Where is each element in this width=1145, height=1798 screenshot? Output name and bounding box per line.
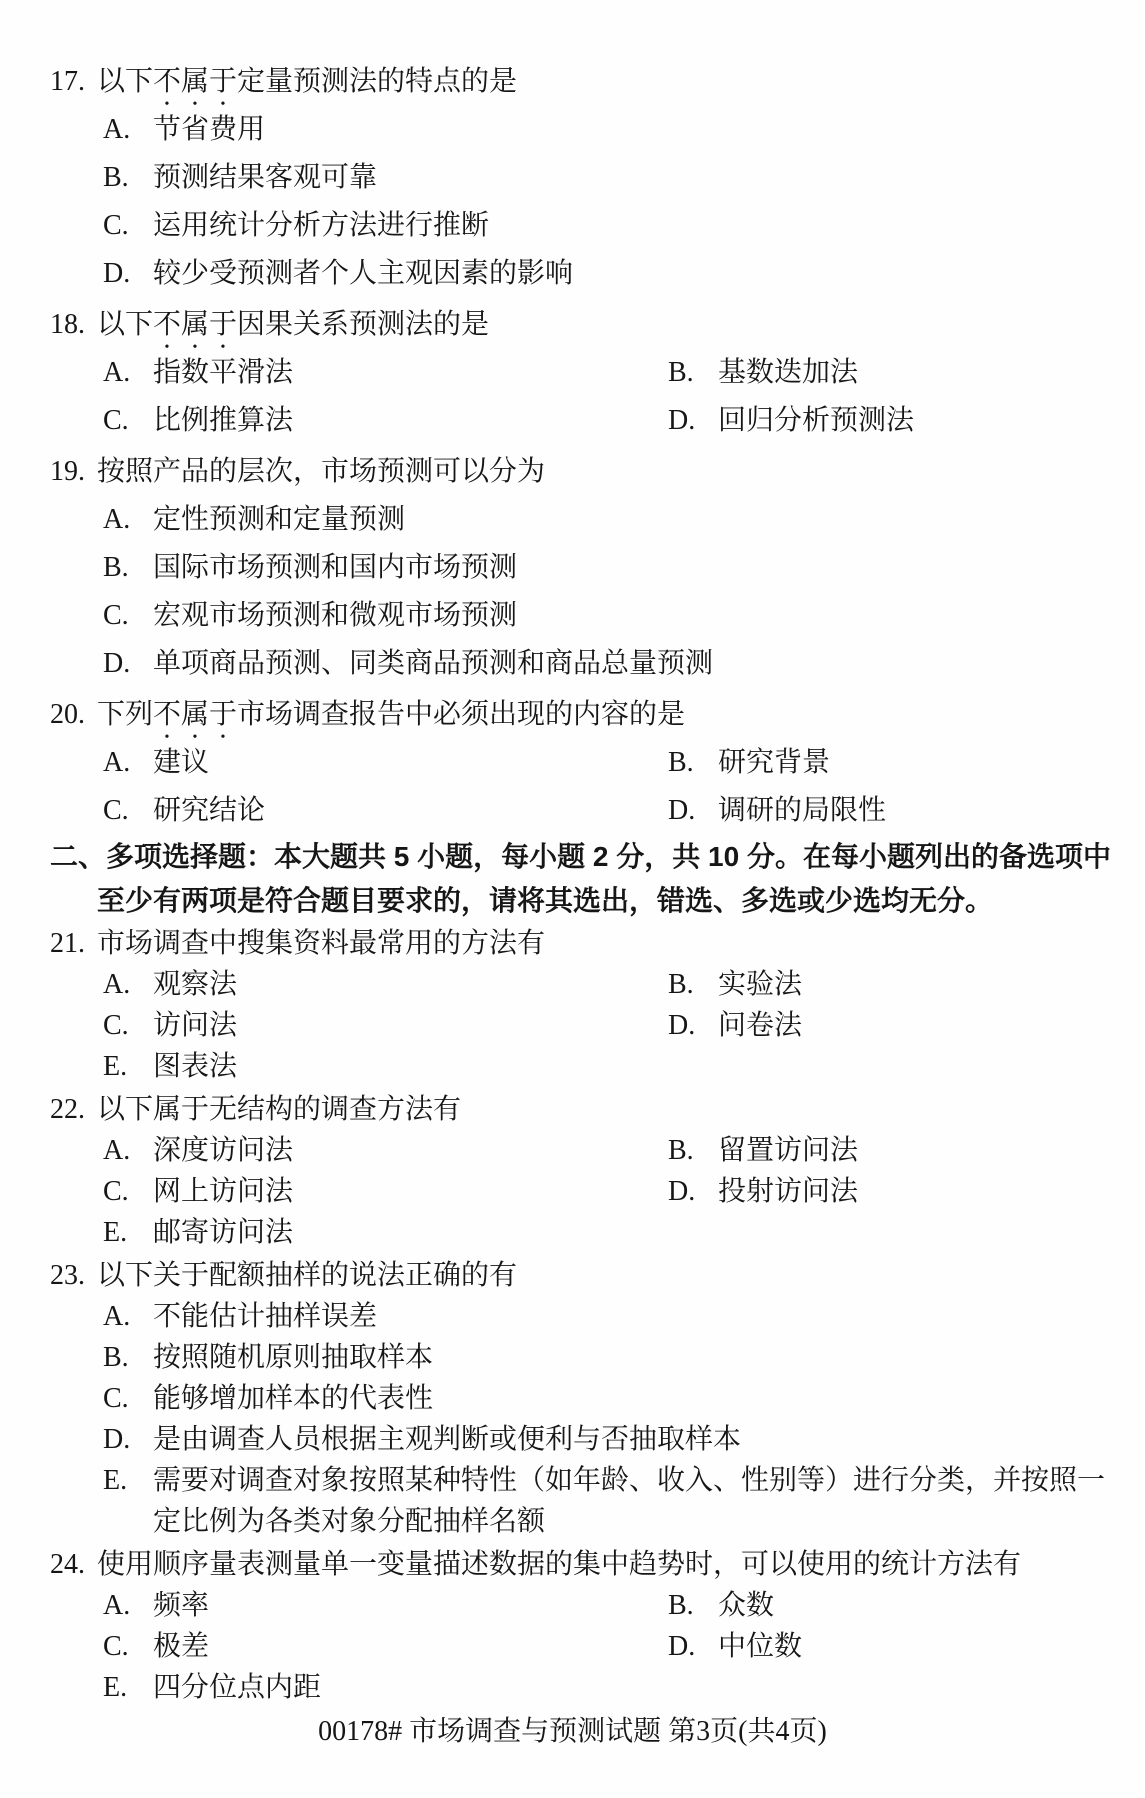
- option-d: D. 单项商品预测、同类商品预测和商品总量预测: [0, 640, 1145, 688]
- option-b: B. 研究背景: [668, 739, 830, 787]
- question-number: 21.: [50, 923, 97, 964]
- option-text: 深度访问法: [153, 1130, 293, 1171]
- question-number: 23.: [50, 1255, 97, 1296]
- option-text: 极差: [153, 1626, 209, 1667]
- option-label: B.: [103, 154, 153, 202]
- option-label: D.: [668, 1005, 718, 1046]
- question-stem-text: 以下不属于定量预测法的特点的是: [97, 58, 517, 112]
- option-text: 邮寄访问法: [153, 1212, 293, 1253]
- option-text: 建议: [153, 739, 209, 787]
- stem-pre: 按照产品的层次，市场预测可以分为: [97, 456, 545, 487]
- option-text: 问卷法: [718, 1005, 802, 1046]
- option-a: A. 频率: [103, 1585, 668, 1626]
- section-2-header-line-1: 二、 多项选择题：本大题共 5 小题，每小题 2 分，共 10 分。在每小题列出…: [0, 835, 1145, 879]
- stem-pre: 以下关于配额抽样的说法正确的有: [97, 1260, 517, 1291]
- option-text: 四分位点内距: [153, 1667, 321, 1708]
- option-b: B. 基数迭加法: [668, 349, 858, 397]
- question-number: 22.: [50, 1089, 97, 1130]
- question-19: 19. 按照产品的层次，市场预测可以分为 A. 定性预测和定量预测 B. 国际市…: [0, 448, 1145, 688]
- option-label: C.: [103, 397, 153, 445]
- option-text: 预测结果客观可靠: [153, 154, 377, 202]
- options-row-ab: A. 指数平滑法 B. 基数迭加法: [0, 349, 1145, 397]
- option-text: 图表法: [153, 1046, 237, 1087]
- option-a: A. 定性预测和定量预测: [0, 496, 1145, 544]
- option-d: D. 是由调查人员根据主观判断或便利与否抽取样本: [0, 1419, 1145, 1460]
- option-label: A.: [103, 739, 153, 787]
- option-text: 网上访问法: [153, 1171, 293, 1212]
- option-label: C.: [103, 1626, 153, 1667]
- option-text: 指数平滑法: [153, 349, 293, 397]
- options-row-cd: C. 比例推算法 D. 回归分析预测法: [0, 397, 1145, 445]
- option-text: 是由调查人员根据主观判断或便利与否抽取样本: [153, 1419, 741, 1460]
- question-20: 20. 下列不属于市场调查报告中必须出现的内容的是 A. 建议 B. 研究背景: [0, 691, 1145, 835]
- option-label: D.: [668, 787, 718, 835]
- option-e: E. 图表法: [0, 1046, 1145, 1087]
- question-19-stem: 19. 按照产品的层次，市场预测可以分为: [0, 448, 1145, 496]
- option-a: A. 深度访问法: [103, 1130, 668, 1171]
- question-18-stem: 18. 以下不属于因果关系预测法的是: [0, 301, 1145, 349]
- question-20-stem: 20. 下列不属于市场调查报告中必须出现的内容的是: [0, 691, 1145, 739]
- option-text: 不能估计抽样误差: [153, 1296, 377, 1337]
- question-stem-text: 市场调查中搜集资料最常用的方法有: [97, 923, 545, 964]
- option-label: A.: [103, 1585, 153, 1626]
- question-18: 18. 以下不属于因果关系预测法的是 A. 指数平滑法 B. 基数迭加法 C.: [0, 301, 1145, 445]
- option-label: E.: [103, 1667, 153, 1708]
- option-c: C. 访问法: [103, 1005, 668, 1046]
- stem-post: 定量预测法的特点的是: [237, 66, 517, 97]
- option-b: B. 按照随机原则抽取样本: [0, 1337, 1145, 1378]
- option-text: 频率: [153, 1585, 209, 1626]
- option-c: C. 运用统计分析方法进行推断: [0, 202, 1145, 250]
- page-footer: 00178# 市场调查与预测试题 第3页(共4页): [0, 1712, 1145, 1752]
- question-22: 22. 以下属于无结构的调查方法有 A. 深度访问法 B. 留置访问法 C.: [0, 1089, 1145, 1253]
- options-row-cd: C. 极差 D. 中位数: [0, 1626, 1145, 1667]
- option-c: C. 宏观市场预测和微观市场预测: [0, 592, 1145, 640]
- option-text: 研究背景: [718, 739, 830, 787]
- option-text: 宏观市场预测和微观市场预测: [153, 592, 517, 640]
- option-text: 较少受预测者个人主观因素的影响: [153, 250, 573, 298]
- option-label: C.: [103, 1378, 153, 1419]
- option-label: E.: [103, 1046, 153, 1087]
- option-label: B.: [668, 1130, 718, 1171]
- options-row-ab: A. 观察法 B. 实验法: [0, 964, 1145, 1005]
- option-label: A.: [103, 496, 153, 544]
- question-number: 17.: [50, 58, 97, 106]
- option-label: A.: [103, 1130, 153, 1171]
- question-stem-text: 以下属于无结构的调查方法有: [97, 1089, 461, 1130]
- option-text: 研究结论: [153, 787, 265, 835]
- question-21-stem: 21. 市场调查中搜集资料最常用的方法有: [0, 923, 1145, 964]
- options-row-cd: C. 网上访问法 D. 投射访问法: [0, 1171, 1145, 1212]
- question-24: 24. 使用顺序量表测量单一变量描述数据的集中趋势时，可以使用的统计方法有 A.…: [0, 1544, 1145, 1708]
- question-22-stem: 22. 以下属于无结构的调查方法有: [0, 1089, 1145, 1130]
- question-stem-text: 以下不属于因果关系预测法的是: [97, 301, 489, 355]
- option-c: C. 极差: [103, 1626, 668, 1667]
- option-e: E. 需要对调查对象按照某种特性（如年龄、收入、性别等）进行分类，并按照一定比例…: [0, 1460, 1145, 1542]
- section-2-label: 二、: [50, 835, 106, 879]
- option-label: B.: [668, 1585, 718, 1626]
- option-a: A. 指数平滑法: [103, 349, 668, 397]
- option-label: C.: [103, 787, 153, 835]
- question-stem-text: 使用顺序量表测量单一变量描述数据的集中趋势时，可以使用的统计方法有: [97, 1544, 1021, 1585]
- question-number: 20.: [50, 691, 97, 739]
- option-text: 回归分析预测法: [718, 397, 914, 445]
- option-label: B.: [668, 964, 718, 1005]
- option-text: 需要对调查对象按照某种特性（如年龄、收入、性别等）进行分类，并按照一定比例为各类…: [153, 1460, 1108, 1542]
- option-label: D.: [103, 250, 153, 298]
- question-number: 24.: [50, 1544, 97, 1585]
- option-text: 中位数: [718, 1626, 802, 1667]
- single-choice-questions-block: 17. 以下不属于定量预测法的特点的是 A. 节省费用 B. 预测结果客观可靠 …: [0, 58, 1145, 835]
- options-row-ab: A. 建议 B. 研究背景: [0, 739, 1145, 787]
- option-label: D.: [103, 640, 153, 688]
- stem-pre: 市场调查中搜集资料最常用的方法有: [97, 928, 545, 959]
- option-text: 比例推算法: [153, 397, 293, 445]
- option-a: A. 建议: [103, 739, 668, 787]
- option-c: C. 能够增加样本的代表性: [0, 1378, 1145, 1419]
- option-c: C. 网上访问法: [103, 1171, 668, 1212]
- option-label: C.: [103, 1171, 153, 1212]
- stem-pre: 下列: [97, 699, 153, 730]
- question-stem-text: 以下关于配额抽样的说法正确的有: [97, 1255, 517, 1296]
- question-23: 23. 以下关于配额抽样的说法正确的有 A. 不能估计抽样误差 B. 按照随机原…: [0, 1255, 1145, 1542]
- option-d: D. 投射访问法: [668, 1171, 858, 1212]
- exam-content: 17. 以下不属于定量预测法的特点的是 A. 节省费用 B. 预测结果客观可靠 …: [0, 58, 1145, 1708]
- option-text: 留置访问法: [718, 1130, 858, 1171]
- exam-paper-page: 17. 以下不属于定量预测法的特点的是 A. 节省费用 B. 预测结果客观可靠 …: [0, 0, 1145, 1798]
- stem-pre: 以下: [97, 309, 153, 340]
- options-row-cd: C. 研究结论 D. 调研的局限性: [0, 787, 1145, 835]
- option-label: E.: [103, 1460, 153, 1501]
- option-label: D.: [668, 1171, 718, 1212]
- section-2-title-line-1: 多项选择题：本大题共 5 小题，每小题 2 分，共 10 分。在每小题列出的备选…: [106, 835, 1111, 879]
- option-b: B. 国际市场预测和国内市场预测: [0, 544, 1145, 592]
- options-row-ab: A. 深度访问法 B. 留置访问法: [0, 1130, 1145, 1171]
- question-number: 18.: [50, 301, 97, 349]
- option-text: 按照随机原则抽取样本: [153, 1337, 433, 1378]
- stem-pre: 使用顺序量表测量单一变量描述数据的集中趋势时，可以使用的统计方法有: [97, 1549, 1021, 1580]
- option-label: D.: [668, 1626, 718, 1667]
- option-label: D.: [103, 1419, 153, 1460]
- option-label: B.: [668, 349, 718, 397]
- option-d: D. 问卷法: [668, 1005, 802, 1046]
- question-21: 21. 市场调查中搜集资料最常用的方法有 A. 观察法 B. 实验法 C.: [0, 923, 1145, 1087]
- option-b: B. 实验法: [668, 964, 802, 1005]
- stem-post: 因果关系预测法的是: [237, 309, 489, 340]
- stem-pre: 以下属于无结构的调查方法有: [97, 1094, 461, 1125]
- option-label: B.: [103, 544, 153, 592]
- option-label: A.: [103, 349, 153, 397]
- question-17: 17. 以下不属于定量预测法的特点的是 A. 节省费用 B. 预测结果客观可靠 …: [0, 58, 1145, 298]
- option-b: B. 预测结果客观可靠: [0, 154, 1145, 202]
- stem-emphasized: 不属于: [153, 66, 237, 97]
- option-label: C.: [103, 592, 153, 640]
- option-label: A.: [103, 106, 153, 154]
- multi-choice-questions-block: 21. 市场调查中搜集资料最常用的方法有 A. 观察法 B. 实验法 C.: [0, 923, 1145, 1708]
- option-e: E. 邮寄访问法: [0, 1212, 1145, 1253]
- option-text: 众数: [718, 1585, 774, 1626]
- option-text: 访问法: [153, 1005, 237, 1046]
- question-24-stem: 24. 使用顺序量表测量单一变量描述数据的集中趋势时，可以使用的统计方法有: [0, 1544, 1145, 1585]
- option-d: D. 中位数: [668, 1626, 802, 1667]
- option-d: D. 较少受预测者个人主观因素的影响: [0, 250, 1145, 298]
- option-label: B.: [668, 739, 718, 787]
- option-text: 能够增加样本的代表性: [153, 1378, 433, 1419]
- option-text: 调研的局限性: [718, 787, 886, 835]
- option-label: B.: [103, 1337, 153, 1378]
- option-label: D.: [668, 397, 718, 445]
- option-label: A.: [103, 1296, 153, 1337]
- question-17-stem: 17. 以下不属于定量预测法的特点的是: [0, 58, 1145, 106]
- option-a: A. 不能估计抽样误差: [0, 1296, 1145, 1337]
- option-label: E.: [103, 1212, 153, 1253]
- option-text: 节省费用: [153, 106, 265, 154]
- option-c: C. 研究结论: [103, 787, 668, 835]
- option-label: A.: [103, 964, 153, 1005]
- option-b: B. 众数: [668, 1585, 774, 1626]
- option-a: A. 观察法: [103, 964, 668, 1005]
- option-text: 基数迭加法: [718, 349, 858, 397]
- option-text: 观察法: [153, 964, 237, 1005]
- option-text: 单项商品预测、同类商品预测和商品总量预测: [153, 640, 713, 688]
- option-text: 实验法: [718, 964, 802, 1005]
- question-number: 19.: [50, 448, 97, 496]
- question-stem-text: 按照产品的层次，市场预测可以分为: [97, 448, 545, 502]
- section-2-header-line-2: 至少有两项是符合题目要求的，请将其选出，错选、多选或少选均无分。: [0, 879, 1145, 923]
- option-text: 运用统计分析方法进行推断: [153, 202, 489, 250]
- question-23-stem: 23. 以下关于配额抽样的说法正确的有: [0, 1255, 1145, 1296]
- option-d: D. 回归分析预测法: [668, 397, 914, 445]
- option-text: 投射访问法: [718, 1171, 858, 1212]
- option-c: C. 比例推算法: [103, 397, 668, 445]
- option-label: C.: [103, 202, 153, 250]
- stem-post: 市场调查报告中必须出现的内容的是: [237, 699, 685, 730]
- options-row-ab: A. 频率 B. 众数: [0, 1585, 1145, 1626]
- stem-pre: 以下: [97, 66, 153, 97]
- option-d: D. 调研的局限性: [668, 787, 886, 835]
- section-2-title-line-2: 至少有两项是符合题目要求的，请将其选出，错选、多选或少选均无分。: [97, 879, 993, 923]
- option-b: B. 留置访问法: [668, 1130, 858, 1171]
- question-stem-text: 下列不属于市场调查报告中必须出现的内容的是: [97, 691, 685, 745]
- option-label: C.: [103, 1005, 153, 1046]
- stem-emphasized: 不属于: [153, 309, 237, 340]
- option-text: 国际市场预测和国内市场预测: [153, 544, 517, 592]
- option-text: 定性预测和定量预测: [153, 496, 405, 544]
- options-row-cd: C. 访问法 D. 问卷法: [0, 1005, 1145, 1046]
- stem-emphasized: 不属于: [153, 699, 237, 730]
- section-2-header: 二、 多项选择题：本大题共 5 小题，每小题 2 分，共 10 分。在每小题列出…: [0, 835, 1145, 923]
- option-a: A. 节省费用: [0, 106, 1145, 154]
- option-e: E. 四分位点内距: [0, 1667, 1145, 1708]
